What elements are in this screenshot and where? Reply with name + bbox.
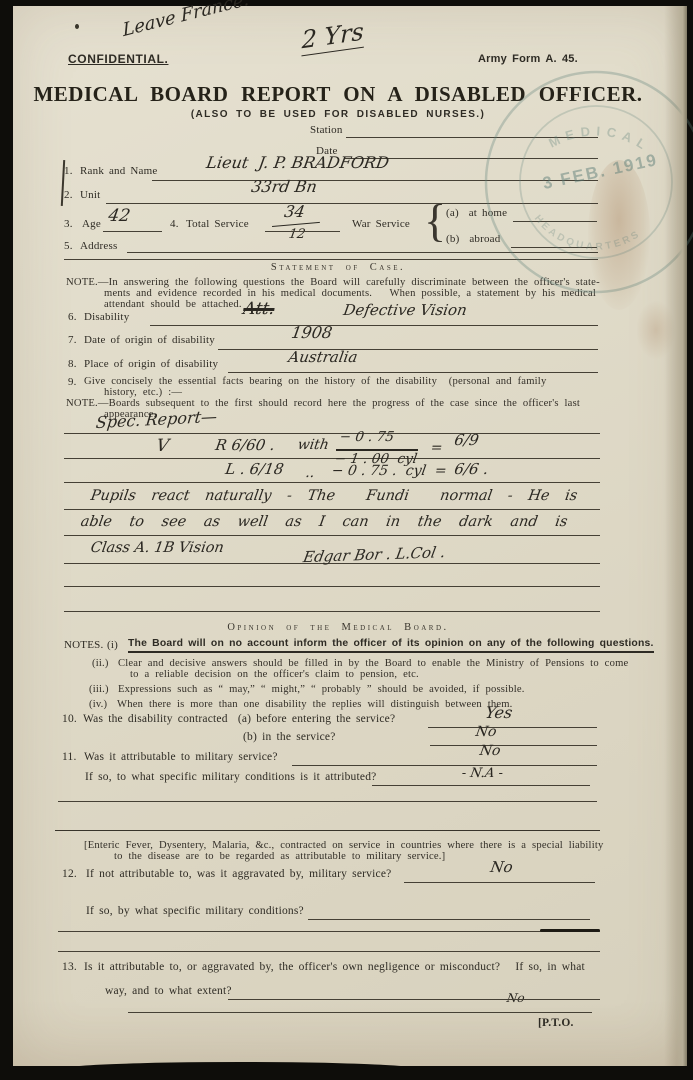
q12-number: 12. (62, 868, 77, 880)
ink-speck (75, 24, 79, 29)
case-line-2 (64, 458, 600, 459)
date-stamp: MEDICAL HEADQUARTERS 3 FEB. 1919 (480, 66, 693, 298)
station-label: Station (310, 124, 343, 136)
note2-line1: NOTE.—Boards subsequent to the first sho… (66, 398, 580, 409)
q13-number: 13. (62, 961, 77, 973)
blank-line-after-q11 (58, 801, 597, 802)
q6-struck-value: Att. (242, 299, 276, 319)
field1-label: Rank and Name (80, 165, 157, 177)
field2-value: 33rd Bn (250, 177, 318, 196)
case-left-rx: − 0 . 75 . cyl = (330, 463, 447, 479)
q13-line (228, 999, 600, 1000)
q9-line1: Give concisely the essential facts beari… (84, 376, 546, 387)
case-line-7 (64, 586, 600, 587)
svg-text:HEADQUARTERS: HEADQUARTERS (532, 213, 643, 253)
opinion-note-iii-text: Expressions such as “ may,” “ might,” “ … (118, 684, 525, 695)
q12b-line (308, 919, 590, 920)
opinion-note-i-label: (i) (107, 639, 118, 651)
q6-value: Defective Vision (342, 301, 468, 319)
q7-number: 7. (68, 334, 77, 346)
q6-line (150, 325, 598, 326)
opinion-note-i-text: The Board will on no account inform the … (128, 638, 654, 653)
q12-line (404, 882, 595, 883)
enteric-note-line1: [Enteric Fever, Dysentery, Malaria, &c.,… (84, 840, 603, 851)
case-rx-numerator: − 0 . 75 (338, 429, 395, 445)
field4-label: Total Service (186, 218, 249, 230)
field5-label: Address (80, 240, 117, 252)
field4-line (265, 231, 340, 232)
field3-value: 42 (107, 206, 132, 226)
bottom-tear-left (60, 1062, 420, 1080)
q11-number: 11. (62, 751, 77, 763)
q8-label: Place of origin of disability (84, 358, 218, 370)
q11b-answer: - N.A - (461, 766, 505, 781)
q10-number: 10. (62, 713, 77, 725)
q10-answer: Yes (484, 703, 514, 722)
stamp-arc-bottom-text: HEADQUARTERS (532, 213, 643, 253)
q13-text-line2: way, and to what extent? (105, 985, 232, 997)
field3-number: 3. (64, 218, 73, 230)
pto-label: [P.T.O. (538, 1017, 574, 1029)
q7-value: 1908 (290, 323, 334, 342)
case-line-3 (64, 482, 600, 483)
q11-answer: No (478, 743, 501, 759)
q7-label: Date of origin of disability (84, 334, 215, 346)
svg-text:MEDICAL: MEDICAL (546, 123, 653, 155)
field2-number: 2. (64, 189, 73, 201)
opinion-note-ii-line2: to a reliable decision on the officer's … (130, 669, 419, 680)
q10b-answer: No (474, 724, 497, 740)
ink-smudge-line-end (540, 929, 600, 932)
q8-value: Australia (287, 348, 359, 366)
opinion-note-ii-line1: Clear and decisive answers should be fil… (118, 658, 628, 669)
q11-line (292, 765, 597, 766)
section-divider-1 (55, 830, 600, 831)
footer-line (128, 1012, 592, 1013)
q7-line (218, 349, 598, 350)
case-result-2: 6/6 . (453, 460, 490, 478)
field4-value-numerator: 34 (283, 202, 306, 221)
q12b-text: If so, by what specific military conditi… (86, 905, 304, 917)
q8-number: 8. (68, 358, 77, 370)
case-line-1 (64, 433, 600, 434)
case-right-eye: R 6/60 . (214, 436, 276, 454)
case-line-4 (64, 509, 600, 510)
q11b-text: If so, to what specific military conditi… (85, 771, 376, 783)
opinion-note-ii-label: (ii.) (92, 658, 109, 669)
q9-line2: history, etc.) :— (104, 387, 182, 398)
field5-number: 5. (64, 240, 73, 252)
bottom-tear-right (430, 1066, 693, 1080)
torn-page-edge (664, 6, 687, 1066)
field1-number: 1. (64, 165, 73, 177)
section-divider-2 (58, 951, 600, 952)
case-pupils-line: Pupils react naturally - The Fundi norma… (89, 488, 578, 504)
statement-note-line3: attendant should be attached. (104, 299, 242, 310)
scanned-form-page: CONFIDENTIAL. Leave France. 2 Yrs Army F… (0, 0, 693, 1080)
case-line-5 (64, 535, 600, 536)
field2-label: Unit (80, 189, 100, 201)
opinion-notes-label: NOTES. (64, 639, 103, 651)
field4-value-denominator: 12 (288, 227, 307, 242)
case-able-line: able to see as well as I can in the dark… (79, 514, 568, 530)
q9-number: 9. (68, 376, 77, 388)
case-left-eye: L . 6/18 (224, 460, 285, 478)
field3-label: Age (82, 218, 101, 230)
field1-value: Lieut J. P. BRADFORD (205, 153, 390, 172)
q13-text-line1: Is it attributable to, or aggravated by,… (84, 961, 585, 973)
q12-answer: No (489, 858, 514, 876)
case-result-1: 6/9 (453, 431, 480, 449)
q10b-line (430, 745, 597, 746)
war-service-brace: { (424, 194, 446, 247)
army-form-number: Army Form A. 45. (478, 53, 578, 65)
opinion-note-iii-label: (iii.) (89, 684, 109, 695)
q11-text: Was it attributable to military service? (84, 751, 278, 763)
stamp-date-text: 3 FEB. 1919 (541, 150, 660, 193)
confidential-label: CONFIDENTIAL. (68, 52, 168, 66)
case-with-word: with (296, 437, 330, 453)
q10-line (428, 727, 597, 728)
stamp-arc-top-text: MEDICAL (546, 123, 653, 155)
q10b-text: (b) in the service? (243, 731, 336, 743)
q6-label: Disability (84, 311, 129, 323)
opinion-note-iv-text: When there is more than one disability t… (117, 699, 513, 710)
q10-text: Was the disability contracted (a) before… (83, 713, 395, 725)
war-service-label: War Service (352, 218, 410, 230)
case-class-line: Class A. 1B Vision (89, 540, 225, 556)
q13-answer: No (506, 991, 526, 1005)
opinion-note-iv-label: (iv.) (89, 699, 107, 710)
field3-line (103, 231, 162, 232)
q8-line (228, 372, 598, 373)
q11b-line (372, 785, 590, 786)
q12-text: If not attributable to, was it aggravate… (86, 868, 391, 880)
case-line-8 (64, 611, 600, 612)
blank-line-after-q12 (58, 931, 600, 932)
field4-number: 4. (170, 218, 179, 230)
enteric-note-line2: to the disease are to be regarded as att… (114, 851, 445, 862)
q6-number: 6. (68, 311, 77, 323)
opinion-heading: Opinion of the Medical Board. (0, 622, 676, 633)
